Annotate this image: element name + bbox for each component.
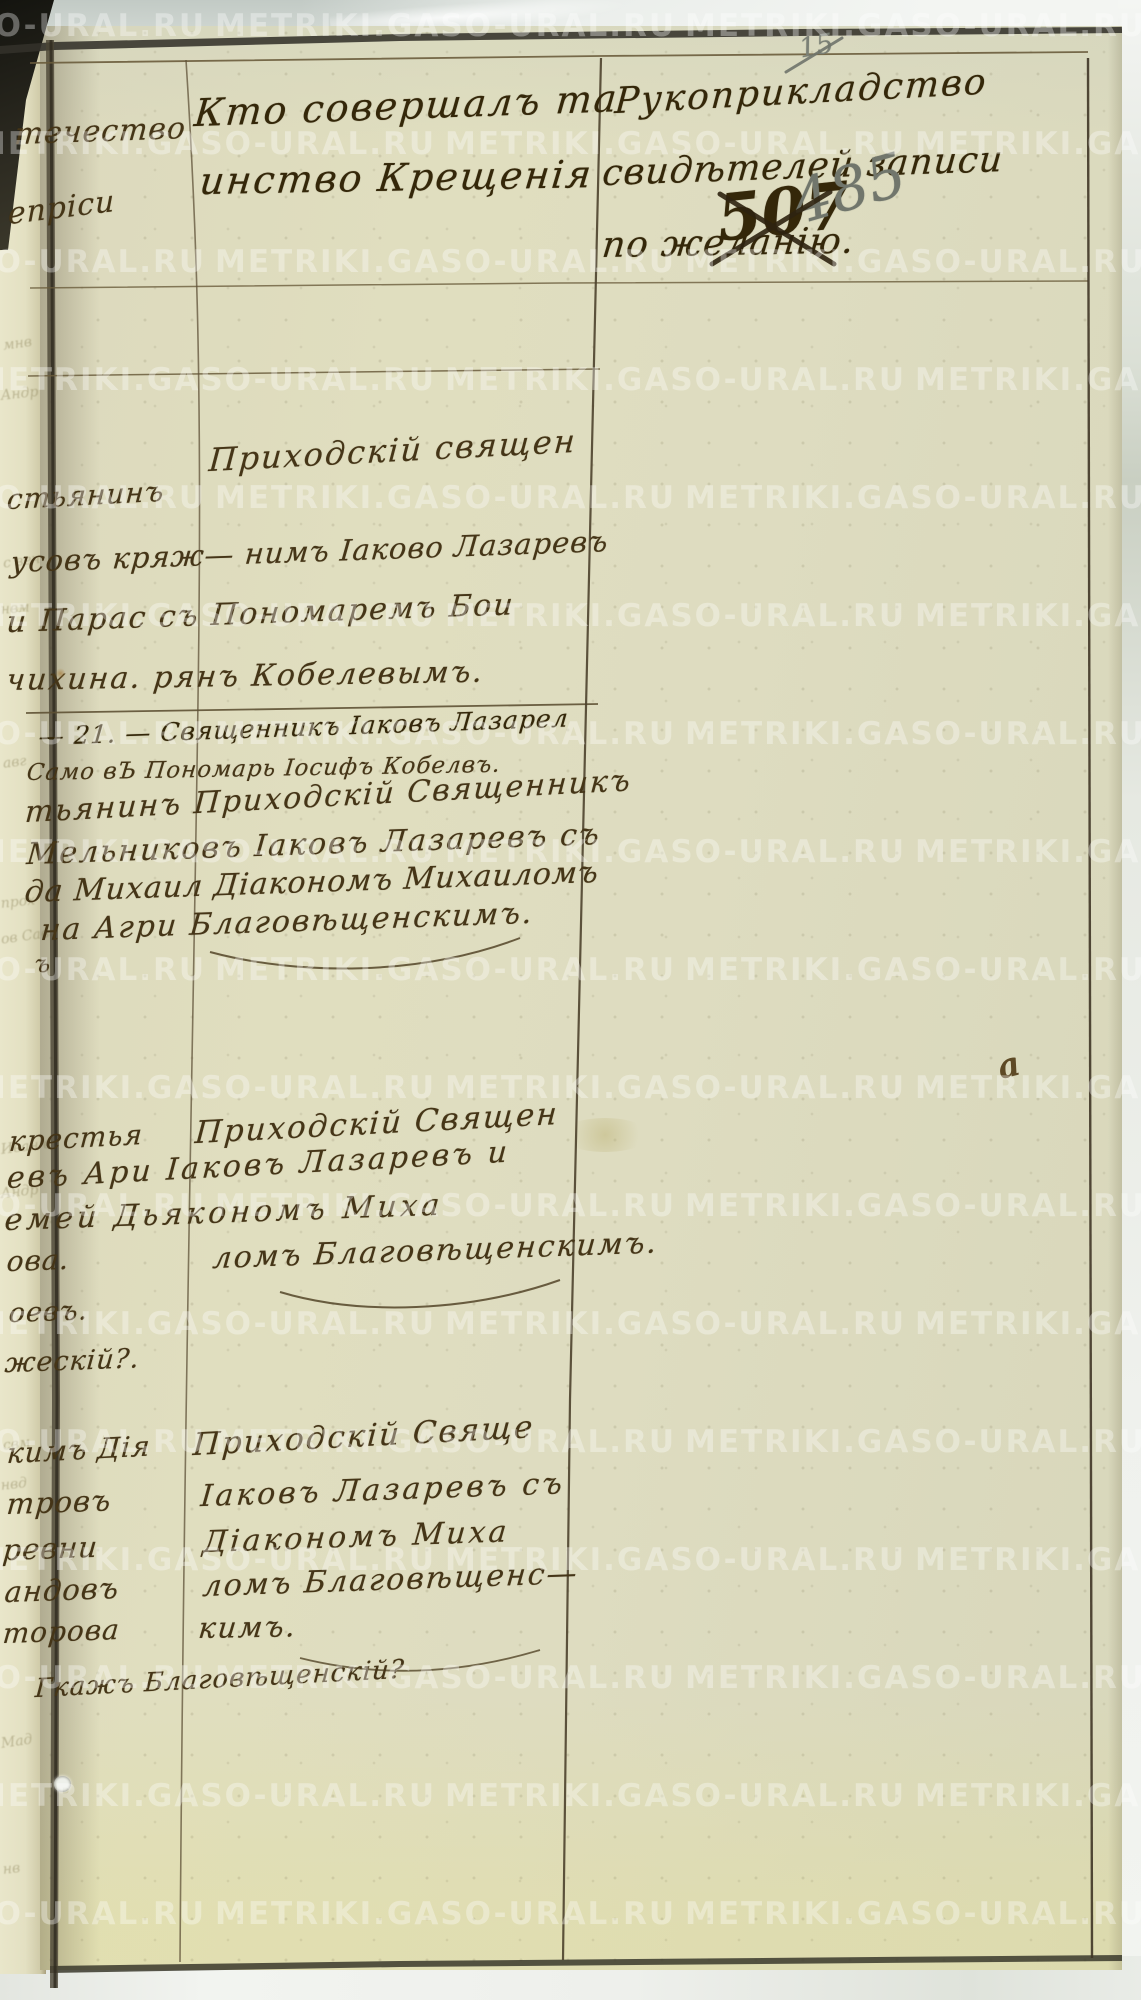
- watermark-text: METRIKI.GASO-URAL.RU: [445, 1306, 906, 1342]
- watermark-text: METRIKI.GASO-URAL.RU: [0, 1188, 206, 1224]
- watermark-text: METRIKI.GASO-URAL.RU: [915, 598, 1141, 634]
- watermark-text: METRIKI.GASO-URAL.RU: [685, 952, 1141, 988]
- watermark-text: METRIKI.GASO-URAL.RU: [915, 1070, 1141, 1106]
- scanned-document-page: мнвАндрс вечнвмавгпрохов СавИван вАндрсв…: [0, 0, 1141, 2000]
- watermark-text: METRIKI.GASO-URAL.RU: [215, 8, 676, 44]
- watermark-text: METRIKI.GASO-URAL.RU: [915, 834, 1141, 870]
- watermark-text: METRIKI.GASO-URAL.RU: [0, 244, 206, 280]
- watermark-text: METRIKI.GASO-URAL.RU: [445, 1070, 906, 1106]
- watermark-text: METRIKI.GASO-URAL.RU: [0, 1070, 436, 1106]
- watermark-text: METRIKI.GASO-URAL.RU: [445, 1778, 906, 1814]
- watermark-text: METRIKI.GASO-URAL.RU: [0, 1896, 206, 1932]
- watermark-text: METRIKI.GASO-URAL.RU: [685, 480, 1141, 516]
- watermark-text: METRIKI.GASO-URAL.RU: [0, 1778, 436, 1814]
- watermark-text: METRIKI.GASO-URAL.RU: [215, 480, 676, 516]
- watermark-text: METRIKI.GASO-URAL.RU: [0, 1542, 436, 1578]
- watermark-text: METRIKI.GASO-URAL.RU: [445, 126, 906, 162]
- watermark-text: METRIKI.GASO-URAL.RU: [215, 1896, 676, 1932]
- watermark-text: METRIKI.GASO-URAL.RU: [685, 244, 1141, 280]
- watermark-text: METRIKI.GASO-URAL.RU: [0, 1660, 206, 1696]
- watermark-text: METRIKI.GASO-URAL.RU: [215, 1660, 676, 1696]
- watermark-text: METRIKI.GASO-URAL.RU: [445, 362, 906, 398]
- watermark-text: METRIKI.GASO-URAL.RU: [0, 8, 206, 44]
- watermark-text: METRIKI.GASO-URAL.RU: [0, 598, 436, 634]
- watermark-text: METRIKI.GASO-URAL.RU: [915, 1542, 1141, 1578]
- watermark-text: METRIKI.GASO-URAL.RU: [0, 834, 436, 870]
- watermark-text: METRIKI.GASO-URAL.RU: [685, 1660, 1141, 1696]
- watermark-text: METRIKI.GASO-URAL.RU: [215, 716, 676, 752]
- watermark-text: METRIKI.GASO-URAL.RU: [685, 1424, 1141, 1460]
- watermark-text: METRIKI.GASO-URAL.RU: [915, 1778, 1141, 1814]
- watermark-text: METRIKI.GASO-URAL.RU: [0, 126, 436, 162]
- watermark-text: METRIKI.GASO-URAL.RU: [445, 598, 906, 634]
- watermark-text: METRIKI.GASO-URAL.RU: [0, 952, 206, 988]
- watermark-text: METRIKI.GASO-URAL.RU: [215, 952, 676, 988]
- watermark-text: METRIKI.GASO-URAL.RU: [0, 1424, 206, 1460]
- watermark-text: METRIKI.GASO-URAL.RU: [445, 834, 906, 870]
- watermark-layer: METRIKI.GASO-URAL.RUMETRIKI.GASO-URAL.RU…: [0, 0, 1141, 2000]
- watermark-text: METRIKI.GASO-URAL.RU: [215, 244, 676, 280]
- watermark-text: METRIKI.GASO-URAL.RU: [0, 362, 436, 398]
- watermark-text: METRIKI.GASO-URAL.RU: [915, 1306, 1141, 1342]
- watermark-text: METRIKI.GASO-URAL.RU: [445, 1542, 906, 1578]
- watermark-text: METRIKI.GASO-URAL.RU: [915, 362, 1141, 398]
- watermark-text: METRIKI.GASO-URAL.RU: [215, 1424, 676, 1460]
- watermark-text: METRIKI.GASO-URAL.RU: [215, 1188, 676, 1224]
- watermark-text: METRIKI.GASO-URAL.RU: [0, 716, 206, 752]
- watermark-text: METRIKI.GASO-URAL.RU: [685, 8, 1141, 44]
- watermark-text: METRIKI.GASO-URAL.RU: [0, 480, 206, 516]
- watermark-text: METRIKI.GASO-URAL.RU: [915, 126, 1141, 162]
- watermark-text: METRIKI.GASO-URAL.RU: [685, 716, 1141, 752]
- watermark-text: METRIKI.GASO-URAL.RU: [685, 1896, 1141, 1932]
- watermark-text: METRIKI.GASO-URAL.RU: [685, 1188, 1141, 1224]
- watermark-text: METRIKI.GASO-URAL.RU: [0, 1306, 436, 1342]
